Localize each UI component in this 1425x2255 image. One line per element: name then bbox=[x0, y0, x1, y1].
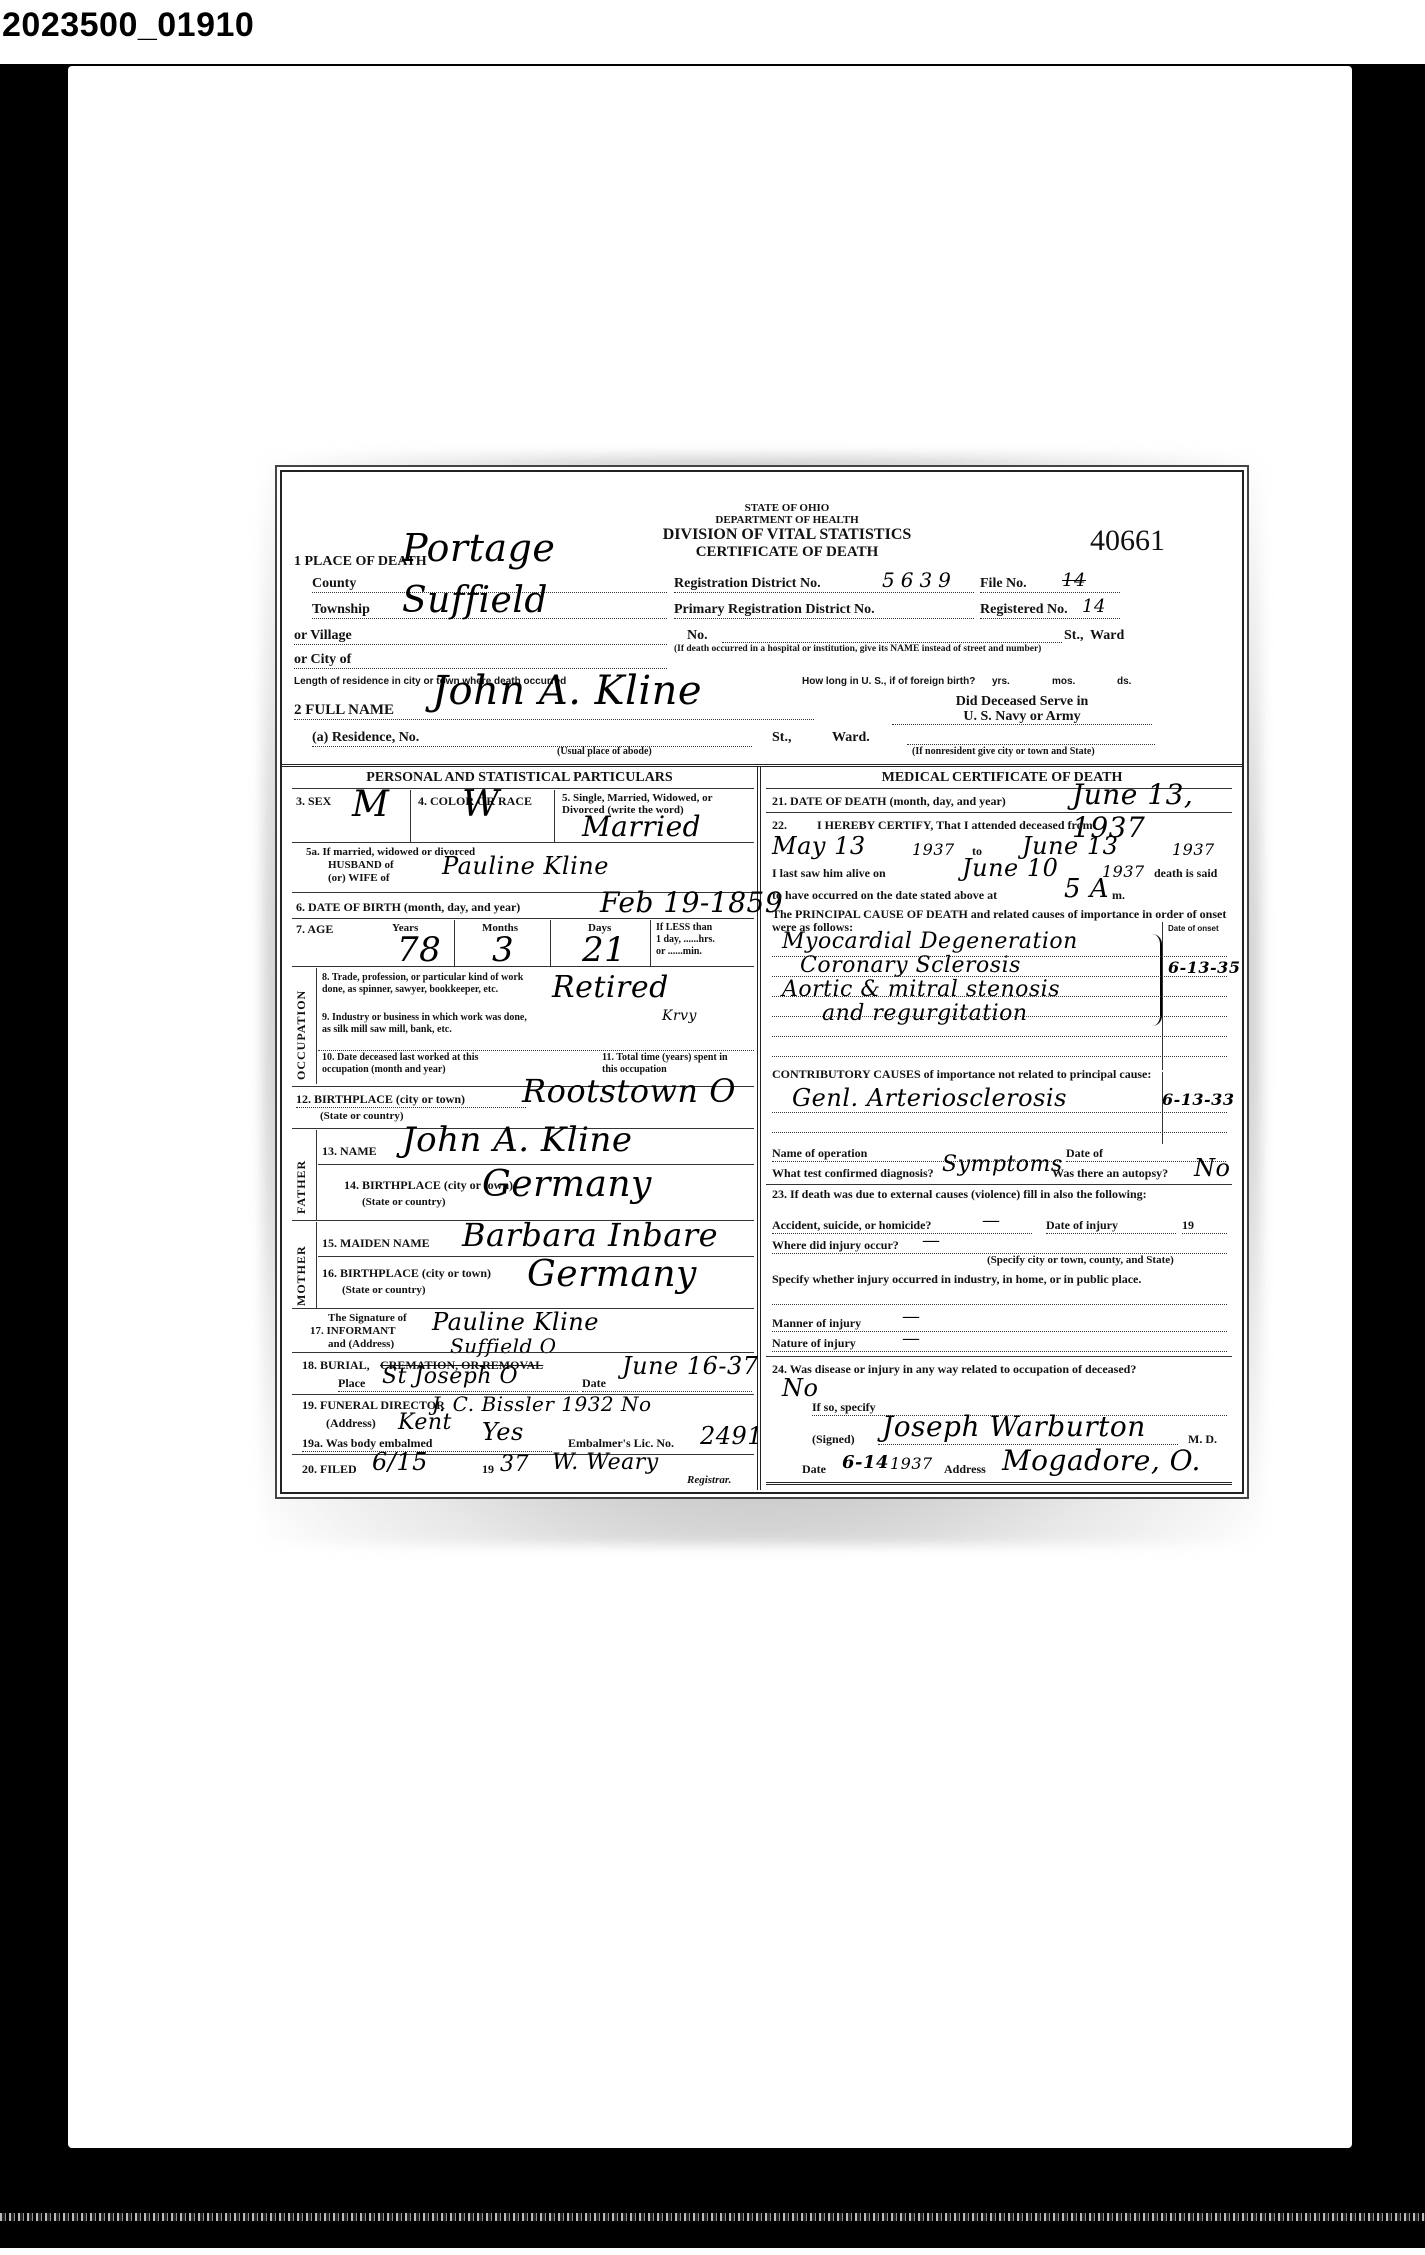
birthplace-label: 12. BIRTHPLACE (city or town) bbox=[296, 1092, 526, 1108]
scan-id-label: 2023500_01910 bbox=[2, 6, 254, 45]
cause-bracket bbox=[1150, 934, 1162, 1026]
primary-district-label: Primary Registration District No. bbox=[674, 602, 974, 619]
where-value: — bbox=[922, 1230, 941, 1251]
registration-district-value: 5639 bbox=[882, 568, 957, 592]
informant-label-line1: The Signature of bbox=[310, 1312, 407, 1325]
header-division: DIVISION OF VITAL STATISTICS bbox=[622, 526, 952, 544]
rule bbox=[772, 956, 1227, 957]
foreign-ds-label: ds. bbox=[1117, 676, 1131, 687]
contributory-label: CONTRIBUTORY CAUSES of importance not re… bbox=[772, 1068, 1152, 1081]
funeral-director-value: J. C. Bissler 1932 No bbox=[432, 1392, 652, 1416]
sex-value: M bbox=[352, 784, 389, 825]
informant-value: Pauline Kline bbox=[432, 1308, 599, 1336]
rule bbox=[772, 1132, 1227, 1133]
attended-from-year: 1937 bbox=[912, 840, 955, 859]
test-value: Symptoms bbox=[942, 1152, 1063, 1177]
filed-year-prefix: 19 bbox=[482, 1462, 494, 1477]
informant-label-line2: 17. INFORMANT bbox=[310, 1325, 407, 1338]
street-line bbox=[722, 642, 1062, 643]
rule bbox=[292, 966, 754, 967]
death-certificate: STATE OF OHIO DEPARTMENT OF HEALTH DIVIS… bbox=[280, 470, 1244, 1494]
last-worked-label: 10. Date deceased last worked at this oc… bbox=[322, 1052, 527, 1076]
city-label: or City of bbox=[294, 652, 667, 669]
burial-place-value: St Joseph O bbox=[382, 1364, 518, 1389]
rule bbox=[772, 1112, 1227, 1113]
mother-birthplace-sub-label: (State or country) bbox=[342, 1284, 426, 1296]
mother-birthplace-label: 16. BIRTHPLACE (city or town) bbox=[322, 1266, 491, 1281]
where-label: Where did injury occur? bbox=[772, 1238, 1227, 1254]
mother-birthplace-value: Germany bbox=[527, 1254, 697, 1295]
nonresident-line bbox=[907, 744, 1155, 745]
filed-label: 20. FILED bbox=[302, 1462, 357, 1477]
embalmer-lic-label: Embalmer's Lic. No. bbox=[568, 1436, 674, 1451]
file-no-value: 14 bbox=[1062, 570, 1086, 591]
embalmer-lic-value: 2491 bbox=[700, 1422, 763, 1450]
filed-date-value: 6/15 bbox=[372, 1448, 428, 1476]
burial-date-value: June 16-37 bbox=[622, 1352, 759, 1380]
embalmed-value: Yes bbox=[482, 1418, 524, 1446]
certificate-header: STATE OF OHIO DEPARTMENT OF HEALTH DIVIS… bbox=[622, 502, 952, 560]
informant-label: The Signature of 17. INFORMANT and (Addr… bbox=[310, 1312, 407, 1351]
header-title: CERTIFICATE OF DEATH bbox=[622, 544, 952, 560]
autopsy-label: Was there an autopsy? bbox=[1052, 1166, 1168, 1181]
mother-maiden-value: Barbara Inbare bbox=[462, 1216, 718, 1254]
dob-value: Feb 19-1859 bbox=[600, 886, 783, 919]
contributory-value: Genl. Arteriosclerosis bbox=[792, 1084, 1067, 1112]
father-name-label: 13. NAME bbox=[322, 1144, 377, 1159]
rule bbox=[1162, 1072, 1163, 1144]
residence-ward-label: Ward. bbox=[832, 730, 870, 746]
signed-date-value: 6-14 bbox=[842, 1452, 889, 1473]
last-saw-label: I last saw him alive on bbox=[772, 866, 886, 881]
external-causes-label: 23. If death was due to external causes … bbox=[772, 1188, 1227, 1201]
rule bbox=[410, 790, 411, 842]
physician-address-label: Address bbox=[944, 1462, 986, 1477]
foreign-yrs-label: yrs. bbox=[992, 676, 1010, 687]
rule bbox=[766, 1184, 1232, 1185]
less-than-day: If LESS than 1 day, ......hrs. or ......… bbox=[656, 922, 715, 958]
father-birthplace-value: Germany bbox=[482, 1164, 652, 1205]
accident-value: — bbox=[982, 1210, 1001, 1231]
autopsy-value: No bbox=[1194, 1154, 1230, 1182]
informant-address-value: Suffield O bbox=[450, 1334, 557, 1358]
contributory-onset-value: 6-13-33 bbox=[1162, 1090, 1234, 1109]
scan-edge-noise bbox=[0, 2213, 1425, 2221]
manner-value: — bbox=[902, 1306, 921, 1327]
physician-address-value: Mogadore, O. bbox=[1002, 1444, 1201, 1477]
sex-label: 3. SEX bbox=[296, 794, 331, 809]
abode-note: (Usual place of abode) bbox=[557, 746, 652, 757]
onset-date-value: 6-13-35 bbox=[1168, 958, 1240, 977]
nonresident-note: (If nonresident give city or town and St… bbox=[912, 746, 1095, 757]
occupation-related-value: No bbox=[782, 1374, 818, 1402]
age-years-value: 78 bbox=[397, 930, 441, 970]
ward-label: Ward bbox=[1090, 628, 1124, 644]
marital-value: Married bbox=[582, 810, 701, 843]
race-value: W bbox=[462, 784, 500, 825]
rule bbox=[318, 1050, 754, 1051]
nature-value: — bbox=[902, 1328, 921, 1349]
certificate-number: 40661 bbox=[1090, 524, 1165, 558]
father-name-value: John A. Kline bbox=[402, 1120, 633, 1160]
registrar-label: Registrar. bbox=[687, 1474, 731, 1486]
rule bbox=[766, 1356, 1232, 1357]
nature-label: Nature of injury bbox=[772, 1336, 1227, 1352]
registered-no-value: 14 bbox=[1082, 596, 1106, 617]
age-months-value: 3 bbox=[492, 930, 514, 970]
signed-label: (Signed) bbox=[812, 1432, 855, 1447]
foreign-mos-label: mos. bbox=[1052, 676, 1075, 687]
injury-date-label: Date of injury bbox=[1046, 1218, 1176, 1234]
rule bbox=[650, 920, 651, 966]
trade-label: 8. Trade, profession, or particular kind… bbox=[322, 972, 527, 996]
serve-label-line1: Did Deceased Serve in bbox=[892, 694, 1152, 709]
residence-st-label: St., bbox=[772, 730, 791, 746]
less-than-label: If LESS than bbox=[656, 922, 715, 934]
cause-item: and regurgitation bbox=[782, 1002, 1078, 1026]
cause-item: Coronary Sclerosis bbox=[782, 954, 1078, 978]
spouse-value: Pauline Kline bbox=[442, 852, 609, 880]
specify-whether-label: Specify whether injury occurred in indus… bbox=[772, 1272, 1141, 1287]
filed-year-value: 37 bbox=[500, 1452, 529, 1477]
injury-year-label: 19 bbox=[1182, 1218, 1227, 1234]
serve-label-line2: U. S. Navy or Army bbox=[892, 709, 1152, 725]
county-value: Portage bbox=[402, 526, 555, 570]
full-name-value: John A. Kline bbox=[432, 668, 702, 714]
age-label: 7. AGE bbox=[296, 922, 333, 937]
trade-value: Retired bbox=[552, 970, 669, 1005]
principal-causes-list: Myocardial Degeneration Coronary Scleros… bbox=[782, 930, 1078, 1026]
test-label: What test confirmed diagnosis? bbox=[772, 1166, 934, 1181]
physician-signature: Joseph Warburton bbox=[882, 1410, 1146, 1443]
village-label: or Village bbox=[294, 628, 667, 645]
foreign-birth-label: How long in U. S., if of foreign birth? bbox=[802, 676, 975, 687]
header-state: STATE OF OHIO bbox=[622, 502, 952, 514]
birthplace-value: Rootstown O bbox=[522, 1072, 736, 1110]
cause-item: Aortic & mitral stenosis bbox=[782, 978, 1078, 1002]
time-of-death-value: 5 A bbox=[1064, 874, 1109, 904]
rule bbox=[772, 1056, 1227, 1057]
rule bbox=[766, 812, 1232, 813]
rule bbox=[772, 976, 1227, 977]
rule bbox=[772, 1036, 1227, 1037]
rule bbox=[766, 1482, 1232, 1485]
street-no-label: No. bbox=[687, 628, 708, 644]
header-department: DEPARTMENT OF HEALTH bbox=[622, 514, 952, 526]
father-birthplace-sub-label: (State or country) bbox=[362, 1196, 446, 1208]
rule bbox=[454, 920, 455, 966]
occurred-label: to have occurred on the date stated abov… bbox=[772, 888, 997, 903]
section-divider bbox=[282, 764, 1242, 767]
rule bbox=[554, 790, 555, 842]
rule bbox=[772, 1016, 1227, 1017]
rule bbox=[316, 1222, 317, 1308]
rule bbox=[550, 920, 551, 966]
date-of-death-label: 21. DATE OF DEATH (month, day, and year) bbox=[772, 794, 1006, 809]
file-no-label: File No. bbox=[980, 576, 1120, 593]
funeral-address-label: (Address) bbox=[326, 1416, 376, 1431]
funeral-address-value: Kent bbox=[398, 1410, 452, 1435]
last-saw-value: June 10 bbox=[962, 854, 1058, 882]
date-of-onset-label: Date of onset bbox=[1168, 924, 1219, 933]
burial-label: 18. BURIAL, bbox=[302, 1358, 370, 1373]
column-divider bbox=[757, 766, 761, 1490]
st-label: St., bbox=[1064, 628, 1083, 644]
m-label: m. bbox=[1112, 888, 1125, 903]
scan-bottom-margin bbox=[0, 2248, 1425, 2255]
residence-label: (a) Residence, No. bbox=[312, 730, 752, 747]
manner-label: Manner of injury bbox=[772, 1316, 1227, 1332]
dob-label: 6. DATE OF BIRTH (month, day, and year) bbox=[296, 900, 520, 915]
mother-side-label: MOTHER bbox=[294, 1226, 309, 1306]
attended-to-year: 1937 bbox=[1172, 840, 1215, 859]
township-value: Suffield bbox=[402, 580, 548, 621]
informant-label-line3: and (Address) bbox=[310, 1338, 407, 1351]
certify-label: 22. I HEREBY CERTIFY, That I attended de… bbox=[772, 818, 1227, 833]
rule bbox=[292, 918, 754, 919]
min-label: or ......min. bbox=[656, 946, 715, 958]
cause-item: Myocardial Degeneration bbox=[782, 930, 1078, 954]
registrar-value: W. Weary bbox=[552, 1450, 659, 1475]
industry-label: 9. Industry or business in which work wa… bbox=[322, 1012, 527, 1036]
hrs-label: 1 day, ......hrs. bbox=[656, 934, 715, 946]
occupation-side-label: OCCUPATION bbox=[294, 970, 309, 1080]
occupation-related-label: 24. Was disease or injury in any way rel… bbox=[772, 1362, 1136, 1377]
hospital-note: (If death occurred in a hospital or inst… bbox=[674, 644, 1041, 654]
signed-date-label: Date bbox=[802, 1462, 826, 1477]
attended-from-value: May 13 bbox=[772, 832, 866, 860]
birthplace-sub-label: (State or country) bbox=[320, 1110, 404, 1122]
navy-army-question: Did Deceased Serve in U. S. Navy or Army bbox=[892, 694, 1152, 725]
age-days-value: 21 bbox=[582, 930, 626, 970]
rule bbox=[772, 996, 1227, 997]
rule bbox=[292, 842, 754, 843]
father-side-label: FATHER bbox=[294, 1134, 309, 1214]
specify-note: (Specify city or town, county, and State… bbox=[987, 1254, 1174, 1266]
signed-year-value: 1937 bbox=[890, 1454, 933, 1473]
industry-value: Krvy bbox=[662, 1008, 697, 1024]
rule bbox=[772, 1304, 1227, 1305]
rule bbox=[316, 1130, 317, 1220]
mother-maiden-label: 15. MAIDEN NAME bbox=[322, 1236, 430, 1251]
rule bbox=[316, 968, 317, 1084]
death-said-label: death is said bbox=[1154, 866, 1217, 881]
